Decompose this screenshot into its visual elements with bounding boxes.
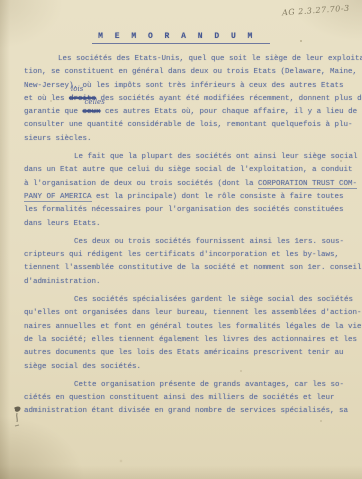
typed-text: autres documents que les lois des Etats …	[24, 349, 344, 357]
typed-text: garantie que	[24, 108, 83, 116]
typed-line: Les sociétés des Etats-Unis, quel que so…	[24, 53, 362, 66]
typed-text: naires annuelles et font en général tout…	[24, 323, 362, 331]
typed-text: dans un Etat autre que celui du siège so…	[24, 166, 353, 174]
typed-text: est la principale) dont le rôle consiste…	[92, 193, 344, 201]
archive-reference-pencil-annotation: AG 2.3.27.70-3	[282, 4, 350, 18]
typed-text: d'administration.	[24, 278, 101, 286]
typed-text: Ces deux ou trois sociétés fournissent a…	[74, 238, 344, 246]
typed-line: qu'elles ont organisées dans leur bureau…	[24, 307, 362, 320]
typed-text: qu'elles ont organisées dans leur bureau…	[24, 309, 362, 317]
typed-text: de la société; elles tiennent également …	[24, 336, 357, 344]
typed-text: des sociétés ayant été modifiées récemme…	[96, 95, 362, 103]
underlined-text: CORPORATION TRUST COM-	[258, 180, 357, 189]
typed-text: dans leurs Etats.	[24, 220, 101, 228]
page-title: M E M O R A N D U M	[92, 32, 270, 44]
underlined-text: PANY OF AMERICA	[24, 193, 92, 202]
typed-line: Le fait que la plupart des sociétés ont …	[24, 151, 362, 164]
document-body: Les sociétés des Etats-Unis, quel que so…	[24, 53, 362, 424]
paragraph: Cette organisation présente de grands av…	[24, 379, 362, 419]
typed-line: les formalités nécessaires pour l'organi…	[24, 204, 362, 217]
typed-text: consulter une quantité considérable de l…	[24, 121, 353, 129]
typed-text: à l'organisation de deux ou trois sociét…	[24, 180, 258, 188]
typed-line: ciétés en question constituent ainsi des…	[24, 392, 362, 405]
typed-text: tiennent l'assemblée constitutive de la …	[24, 264, 362, 272]
typed-text: les formalités nécessaires pour l'organi…	[24, 206, 344, 214]
typed-text: administration étant divisée en grand no…	[24, 407, 348, 415]
typed-line: siège social des sociétés.	[24, 361, 362, 374]
paragraph: Ces deux ou trois sociétés fournissent a…	[24, 236, 362, 289]
typed-text: ciétés en question constituent ainsi des…	[24, 394, 335, 402]
typed-line: d'administration.	[24, 276, 362, 289]
typed-line: consulter une quantité considérable de l…	[24, 119, 362, 132]
typed-text: Ces sociétés spécialisées gardent le siè…	[74, 296, 353, 304]
typed-line: dans leurs Etats.	[24, 218, 362, 231]
corrected-word: cellesceux	[83, 106, 101, 119]
typed-text: cripteurs qui rédigent les certificats d…	[24, 251, 339, 259]
typed-line: naires annuelles et font en général tout…	[24, 321, 362, 334]
paragraph: Le fait que la plupart des sociétés ont …	[24, 151, 362, 231]
typed-text: tion, se constituent en général dans deu…	[24, 68, 357, 76]
typed-text: Les sociétés des Etats-Unis, quel que so…	[58, 55, 362, 63]
typed-line: tion, se constituent en général dans deu…	[24, 66, 362, 79]
handwritten-correction: lois	[71, 86, 83, 93]
typed-line: cripteurs qui rédigent les certificats d…	[24, 249, 362, 262]
typed-line: dans un Etat autre que celui du siège so…	[24, 164, 362, 177]
margin-pencil-mark	[11, 404, 25, 430]
typed-line: Ces sociétés spécialisées gardent le siè…	[24, 294, 362, 307]
paragraph: Ces sociétés spécialisées gardent le siè…	[24, 294, 362, 374]
typed-line: Cette organisation présente de grands av…	[24, 379, 362, 392]
typed-text: sieurs siècles.	[24, 135, 92, 143]
typed-line: et où les loisdroits des sociétés ayant …	[24, 93, 362, 106]
typed-line: garantie que cellesceux ces autres Etats…	[24, 106, 362, 119]
struck-word: ceux	[83, 108, 101, 116]
typed-text: siège social des sociétés.	[24, 363, 141, 371]
typed-line: de la société; elles tiennent également …	[24, 334, 362, 347]
typed-line: à l'organisation de deux ou trois sociét…	[24, 178, 362, 191]
typed-line: sieurs siècles.	[24, 133, 362, 146]
typed-line: autres documents que les lois des Etats …	[24, 347, 362, 360]
typed-text: et où les	[24, 95, 69, 103]
typed-line: tiennent l'assemblée constitutive de la …	[24, 262, 362, 275]
typed-line: Ces deux ou trois sociétés fournissent a…	[24, 236, 362, 249]
handwritten-correction: celles	[85, 99, 105, 106]
typed-line: PANY OF AMERICA est la principale) dont …	[24, 191, 362, 204]
typed-text: ces autres Etats où, pour chaque affaire…	[101, 108, 358, 116]
typed-text: Cette organisation présente de grands av…	[74, 381, 344, 389]
title-row: M E M O R A N D U M	[0, 25, 362, 44]
paragraph: Les sociétés des Etats-Unis, quel que so…	[24, 53, 362, 146]
typed-text: Le fait que la plupart des sociétés ont …	[74, 153, 358, 161]
typed-line: administration étant divisée en grand no…	[24, 405, 362, 418]
scanned-document-page: AG 2.3.27.70-3 M E M O R A N D U M Les s…	[0, 0, 362, 479]
